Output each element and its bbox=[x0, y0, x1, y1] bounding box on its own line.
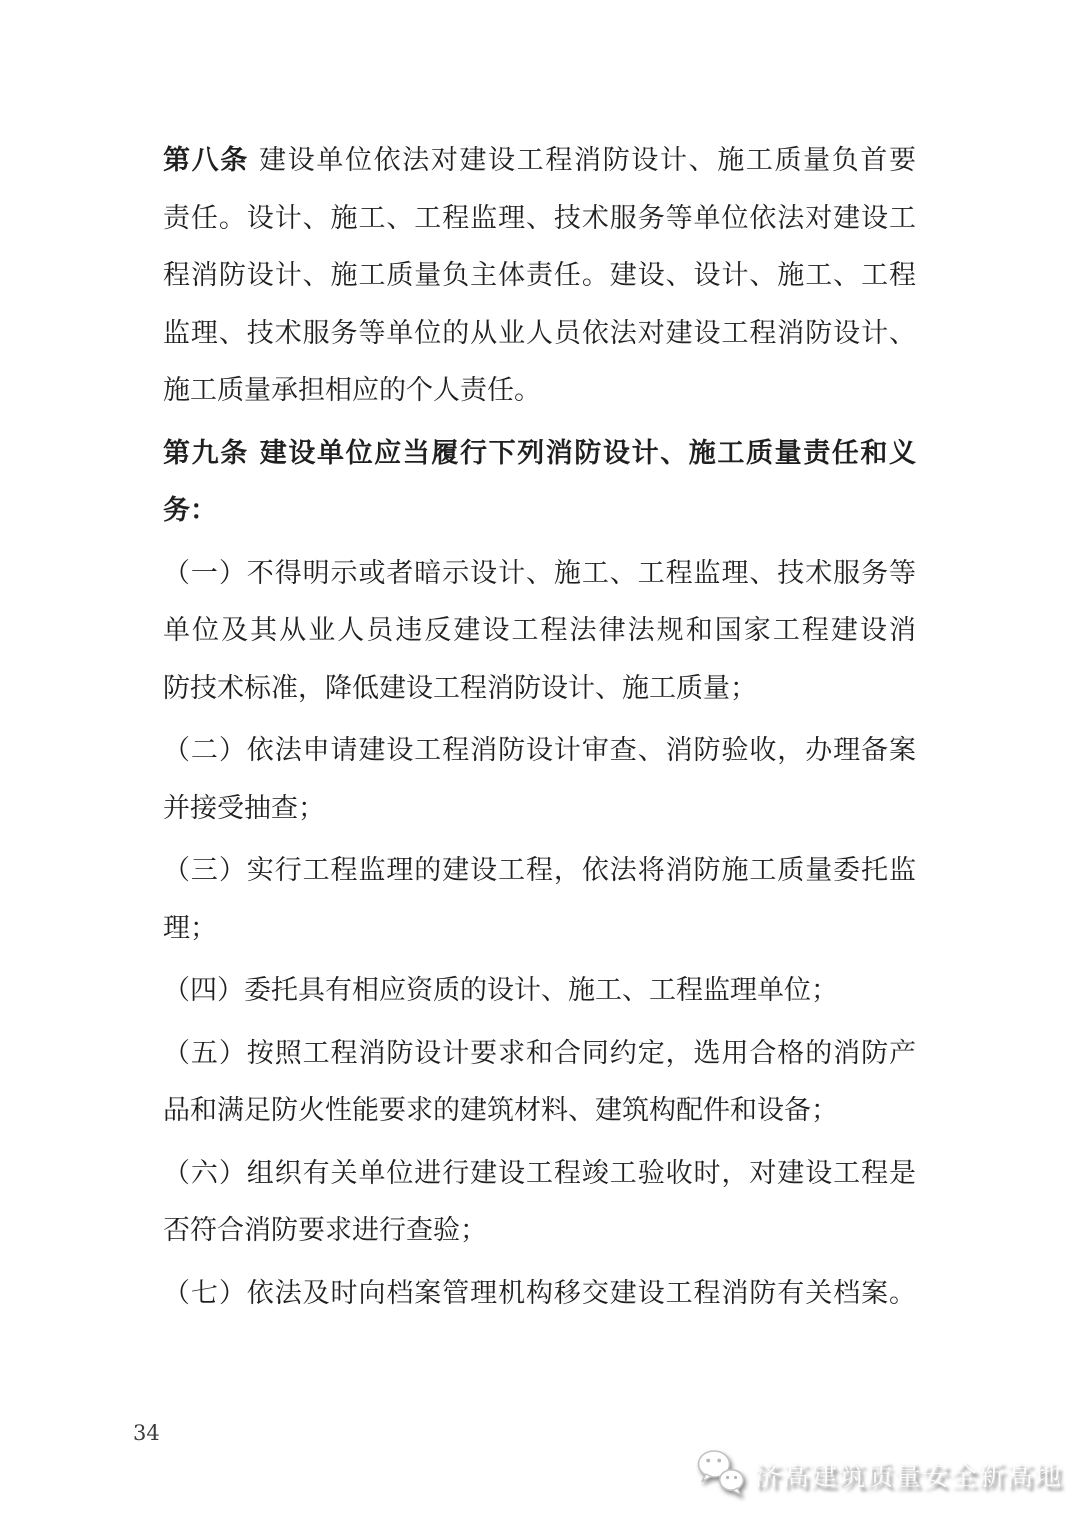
article-9: 第九条 建设单位应当履行下列消防设计、施工质量责任和义务： bbox=[163, 425, 916, 540]
text-line: 第九条 建设单位应当履行下列消防设计、施工质量责任和义 bbox=[163, 425, 916, 483]
article-8: 第八条 建设单位依法对建设工程消防设计、施工质量负首要责任。设计、施工、工程监理… bbox=[163, 132, 916, 420]
article-9-item-5: （五）按照工程消防设计要求和合同约定，选用合格的消防产品和满足防火性能要求的建筑… bbox=[163, 1025, 916, 1140]
text-line: 并接受抽查； bbox=[163, 780, 916, 838]
text-segment: 建设单位应当履行下列消防设计、施工质量责任和义 bbox=[249, 438, 916, 469]
page-number: 34 bbox=[133, 1421, 160, 1445]
wechat-icon bbox=[695, 1447, 747, 1499]
text-line: （一）不得明示或者暗示设计、施工、工程监理、技术服务等 bbox=[163, 545, 916, 603]
text-segment: 程消防设计、施工质量负主体责任。建设、设计、施工、工程 bbox=[163, 260, 916, 291]
article-9-item-6: （六）组织有关单位进行建设工程竣工验收时，对建设工程是否符合消防要求进行查验； bbox=[163, 1145, 916, 1260]
text-segment: 品和满足防火性能要求的建筑材料、建筑构配件和设备； bbox=[163, 1095, 838, 1126]
text-segment: 务： bbox=[163, 495, 217, 526]
text-line: 程消防设计、施工质量负主体责任。建设、设计、施工、工程 bbox=[163, 247, 916, 305]
article-9-item-3: （三）实行工程监理的建设工程，依法将消防施工质量委托监理； bbox=[163, 842, 916, 957]
article-9-item-7: （七）依法及时向档案管理机构移交建设工程消防有关档案。 bbox=[163, 1265, 916, 1323]
text-line: 监理、技术服务等单位的从业人员依法对建设工程消防设计、 bbox=[163, 305, 916, 363]
text-line: 责任。设计、施工、工程监理、技术服务等单位依法对建设工 bbox=[163, 190, 916, 248]
text-line: 务： bbox=[163, 482, 916, 540]
text-segment: 施工质量承担相应的个人责任。 bbox=[163, 375, 541, 406]
text-line: 第八条 建设单位依法对建设工程消防设计、施工质量负首要 bbox=[163, 132, 916, 190]
text-segment: （七）依法及时向档案管理机构移交建设工程消防有关档案。 bbox=[163, 1278, 916, 1309]
text-segment: 责任。设计、施工、工程监理、技术服务等单位依法对建设工 bbox=[163, 203, 916, 234]
article-9-item-2: （二）依法申请建设工程消防设计审查、消防验收，办理备案并接受抽查； bbox=[163, 722, 916, 837]
text-line: 防技术标准，降低建设工程消防设计、施工质量； bbox=[163, 660, 916, 718]
text-line: （五）按照工程消防设计要求和合同约定，选用合格的消防产 bbox=[163, 1025, 916, 1083]
text-segment: （六）组织有关单位进行建设工程竣工验收时，对建设工程是 bbox=[163, 1158, 916, 1189]
text-segment: 否符合消防要求进行查验； bbox=[163, 1215, 487, 1246]
text-line: 理； bbox=[163, 900, 916, 958]
text-segment: 第九条 bbox=[163, 438, 249, 469]
text-line: 品和满足防火性能要求的建筑材料、建筑构配件和设备； bbox=[163, 1082, 916, 1140]
text-line: （二）依法申请建设工程消防设计审查、消防验收，办理备案 bbox=[163, 722, 916, 780]
document-page: 第八条 建设单位依法对建设工程消防设计、施工质量负首要责任。设计、施工、工程监理… bbox=[0, 0, 1080, 1527]
text-line: （七）依法及时向档案管理机构移交建设工程消防有关档案。 bbox=[163, 1265, 916, 1323]
article-9-item-1: （一）不得明示或者暗示设计、施工、工程监理、技术服务等单位及其从业人员违反建设工… bbox=[163, 545, 916, 718]
text-segment: （一）不得明示或者暗示设计、施工、工程监理、技术服务等 bbox=[163, 558, 916, 589]
text-line: （六）组织有关单位进行建设工程竣工验收时，对建设工程是 bbox=[163, 1145, 916, 1203]
text-segment: 建设单位依法对建设工程消防设计、施工质量负首要 bbox=[249, 145, 916, 176]
text-line: 施工质量承担相应的个人责任。 bbox=[163, 362, 916, 420]
text-line: （四）委托具有相应资质的设计、施工、工程监理单位； bbox=[163, 962, 916, 1020]
text-line: 单位及其从业人员违反建设工程法律法规和国家工程建设消 bbox=[163, 602, 916, 660]
text-segment: （五）按照工程消防设计要求和合同约定，选用合格的消防产 bbox=[163, 1038, 916, 1069]
text-segment: （三）实行工程监理的建设工程，依法将消防施工质量委托监 bbox=[163, 855, 916, 886]
article-9-item-4: （四）委托具有相应资质的设计、施工、工程监理单位； bbox=[163, 962, 916, 1020]
footer-watermark: 济高建筑质量安全新高地 bbox=[695, 1446, 1062, 1500]
text-line: 否符合消防要求进行查验； bbox=[163, 1202, 916, 1260]
text-segment: 理； bbox=[163, 913, 217, 944]
text-line: （三）实行工程监理的建设工程，依法将消防施工质量委托监 bbox=[163, 842, 916, 900]
text-segment: 并接受抽查； bbox=[163, 793, 325, 824]
text-segment: 防技术标准，降低建设工程消防设计、施工质量； bbox=[163, 673, 757, 704]
text-segment: 监理、技术服务等单位的从业人员依法对建设工程消防设计、 bbox=[163, 318, 916, 349]
text-segment: 单位及其从业人员违反建设工程法律法规和国家工程建设消 bbox=[163, 615, 916, 646]
text-segment: （二）依法申请建设工程消防设计审查、消防验收，办理备案 bbox=[163, 735, 916, 766]
document-body: 第八条 建设单位依法对建设工程消防设计、施工质量负首要责任。设计、施工、工程监理… bbox=[163, 132, 916, 1327]
watermark-text: 济高建筑质量安全新高地 bbox=[754, 1454, 1062, 1493]
text-segment: 第八条 bbox=[163, 145, 249, 176]
text-segment: （四）委托具有相应资质的设计、施工、工程监理单位； bbox=[163, 975, 838, 1006]
